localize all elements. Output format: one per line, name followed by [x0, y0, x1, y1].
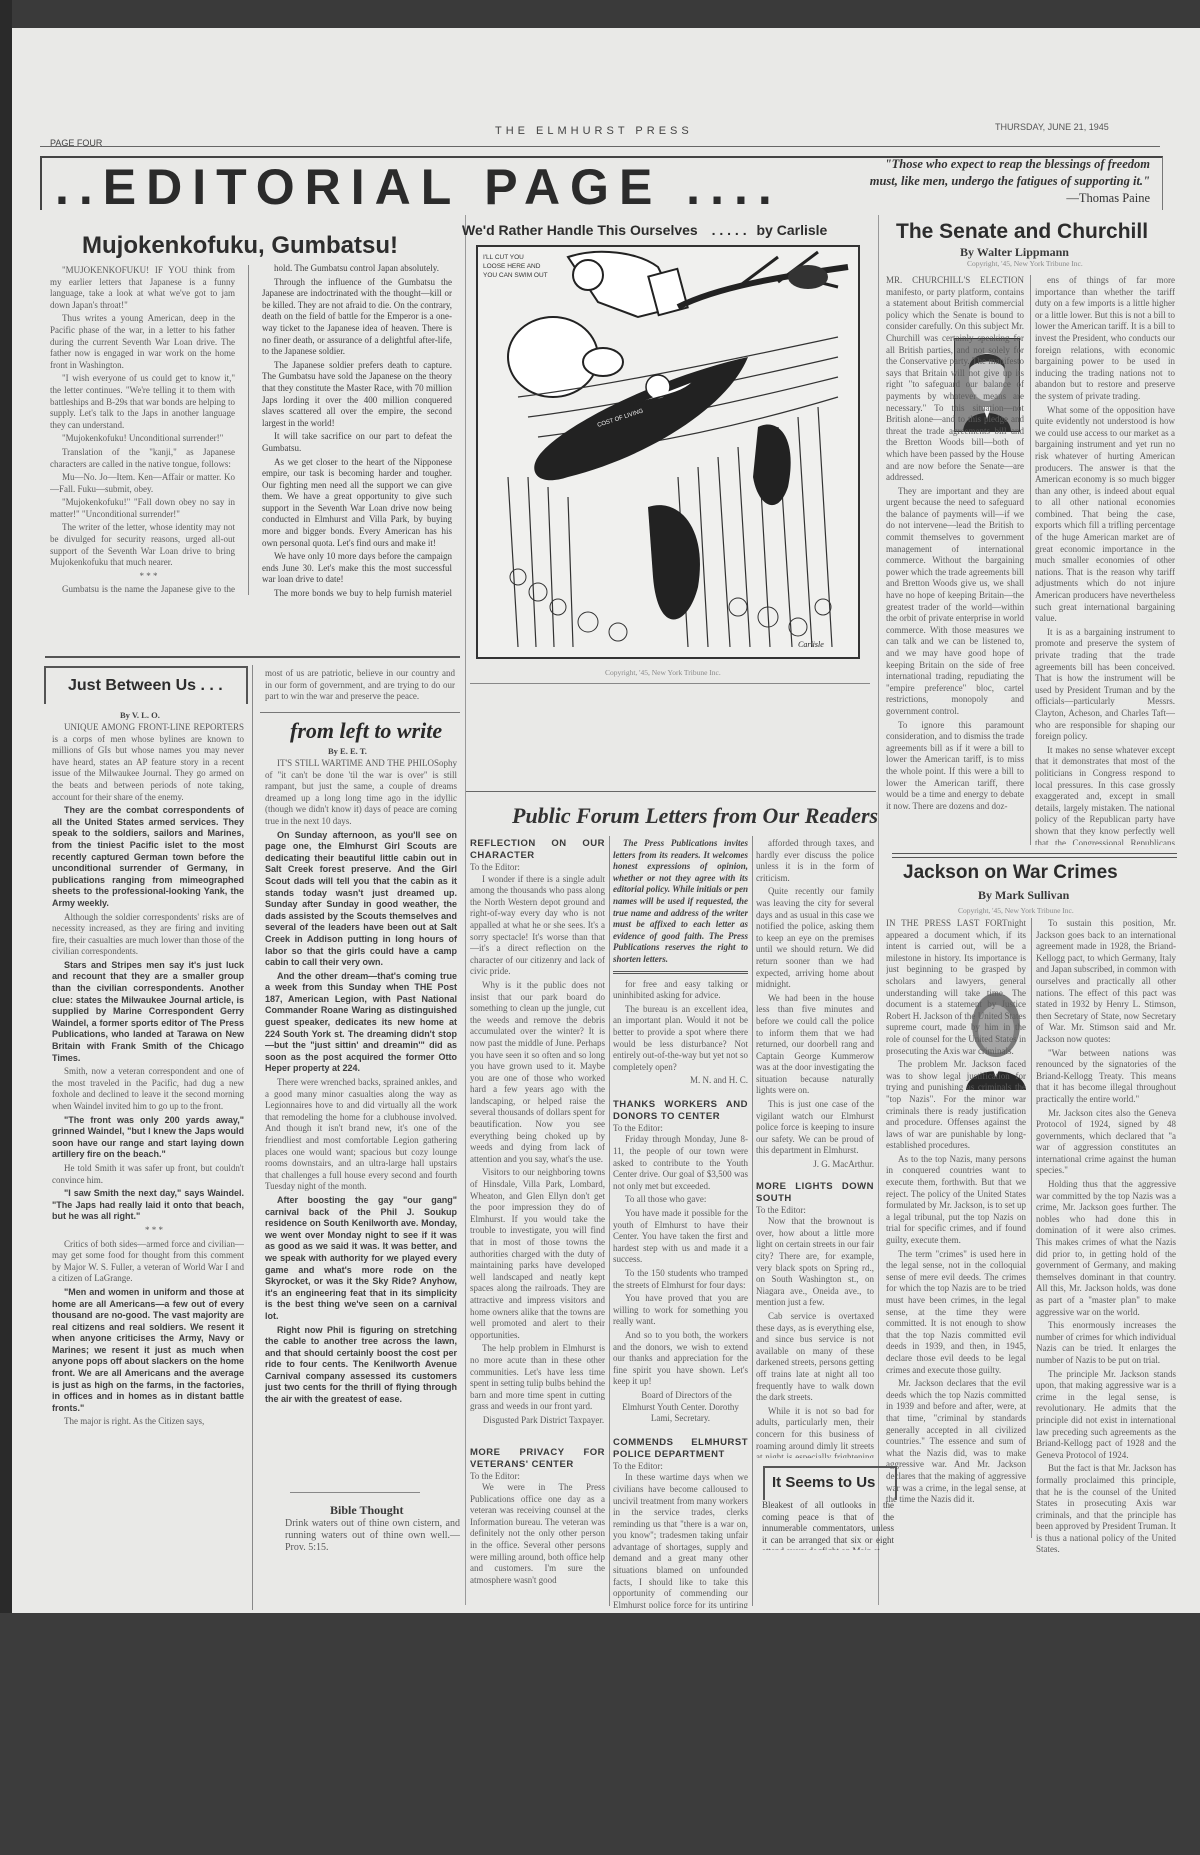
forum-column-3: afforded through taxes, and hardly ever … [756, 838, 874, 1458]
cartoon-copyright: Copyright, '45, New York Tribune Inc. [605, 668, 721, 677]
masthead-rule [40, 146, 1160, 147]
column-divider [878, 215, 879, 1605]
section-rule [45, 656, 460, 658]
senate-churchill-column-2: ens of things of far more importance tha… [1035, 275, 1175, 845]
section-banner-title: ..EDITORIAL PAGE .... [55, 158, 782, 216]
section-rule [470, 683, 870, 684]
column-divider [252, 665, 253, 1610]
speech-bubble-text: I'LL CUT YOU LOOSE HERE AND YOU CAN SWIM… [483, 253, 548, 280]
left-to-write-body: IT'S STILL WARTIME AND THE PHILOSophy of… [265, 758, 457, 1503]
senate-churchill-byline: By Walter Lippmann [960, 245, 1069, 260]
senate-churchill-copyright: Copyright, '45, New York Tribune Inc. [967, 259, 1083, 268]
issue-date: THURSDAY, JUNE 21, 1945 [995, 122, 1109, 132]
it-seems-text: Bleakest of all outlooks in the coming p… [762, 1500, 894, 1550]
column-divider [248, 265, 249, 595]
forum-column-1: REFLECTION ON OUR CHARACTER To the Edito… [470, 838, 605, 1608]
letter-signature: Board of Directors of the Elmhurst Youth… [613, 1390, 748, 1425]
editorial-column-2: hold. The Gumbatsu control Japan absolut… [262, 263, 452, 598]
svg-text:Carlisle: Carlisle [798, 640, 824, 649]
jackson-copyright: Copyright, '45, New York Tribune Inc. [958, 906, 1074, 915]
senate-churchill-headline: The Senate and Churchill [896, 220, 1148, 244]
letter-title: COMMENDS ELMHURST POLICE DEPARTMENT [613, 1437, 748, 1461]
banner-quote: "Those who expect to reap the blessings … [800, 156, 1150, 207]
senate-churchill-column-1: MR. CHURCHILL'S ELECTION manifesto, or p… [886, 275, 1024, 845]
left-to-write-byline: By E. E. T. [328, 746, 367, 756]
jackson-column-2: To sustain this position, Mr. Jackson go… [1036, 918, 1176, 1558]
jackson-byline: By Mark Sullivan [978, 888, 1069, 903]
left-to-write-lead-in: most of us are patriotic, believe in our… [265, 668, 455, 708]
just-between-us-byline: By V. L. O. [120, 710, 160, 720]
bible-thought-verse: Drink waters out of thine own cistern, a… [285, 1518, 460, 1558]
section-rule [466, 791, 876, 792]
editorial-cartoon: COST OF LIVING Carlisle I'LL CUT YOU LOO… [476, 245, 860, 659]
letter-signature: Disgusted Park District Taxpayer. [470, 1415, 605, 1427]
editorial-headline: Mujokenkofuku, Gumbatsu! [82, 232, 398, 260]
cartoon-illustration: COST OF LIVING Carlisle [478, 247, 858, 657]
letter-title: THANKS WORKERS AND DONORS TO CENTER [613, 1099, 748, 1123]
letter-signature: M. N. and H. C. [613, 1075, 748, 1087]
section-rule [892, 853, 1177, 858]
bible-thought-headline: Bible Thought [330, 1503, 403, 1518]
scan-background [0, 1613, 1200, 1855]
letter-title: MORE PRIVACY FOR VETERANS' CENTER [470, 1447, 605, 1471]
just-between-us-headline: Just Between Us . . . [68, 677, 223, 695]
column-divider [1030, 275, 1031, 845]
quote-line-2: must, like men, undergo the fatigues of … [800, 173, 1150, 190]
column-divider [609, 836, 610, 1606]
jackson-headline: Jackson on War Crimes [903, 862, 1118, 884]
column-divider [1031, 918, 1032, 1538]
forum-policy-notice: The Press Publications invites letters f… [613, 838, 748, 966]
section-rule [290, 1492, 420, 1493]
letter-signature: J. G. MacArthur. [756, 1159, 874, 1171]
quote-author: —Thomas Paine [800, 190, 1150, 207]
paper-name: THE ELMHURST PRESS [495, 125, 693, 137]
letter-title: MORE LIGHTS DOWN SOUTH [756, 1181, 874, 1205]
it-seems-headline: It Seems to Us [772, 1474, 875, 1491]
jackson-column-1: IN THE PRESS LAST FORTnight appeared a d… [886, 918, 1026, 1608]
forum-column-2: The Press Publications invites letters f… [613, 838, 748, 1608]
cartoon-title: We'd Rather Handle This Ourselves . . . … [462, 222, 827, 238]
quote-line-1: "Those who expect to reap the blessings … [800, 156, 1150, 173]
letter-title: REFLECTION ON OUR CHARACTER [470, 838, 605, 862]
public-forum-headline: Public Forum Letters from Our Readers [512, 803, 878, 829]
just-between-us-body: UNIQUE AMONG FRONT-LINE REPORTERS is a c… [52, 722, 244, 1607]
section-rule [260, 712, 460, 713]
left-to-write-headline: from left to write [290, 718, 442, 744]
scan-edge [0, 0, 12, 1855]
editorial-column-1: "MUJOKENKOFUKU! IF YOU think from my ear… [50, 265, 235, 595]
column-divider [752, 836, 753, 1606]
column-divider [465, 215, 466, 1605]
